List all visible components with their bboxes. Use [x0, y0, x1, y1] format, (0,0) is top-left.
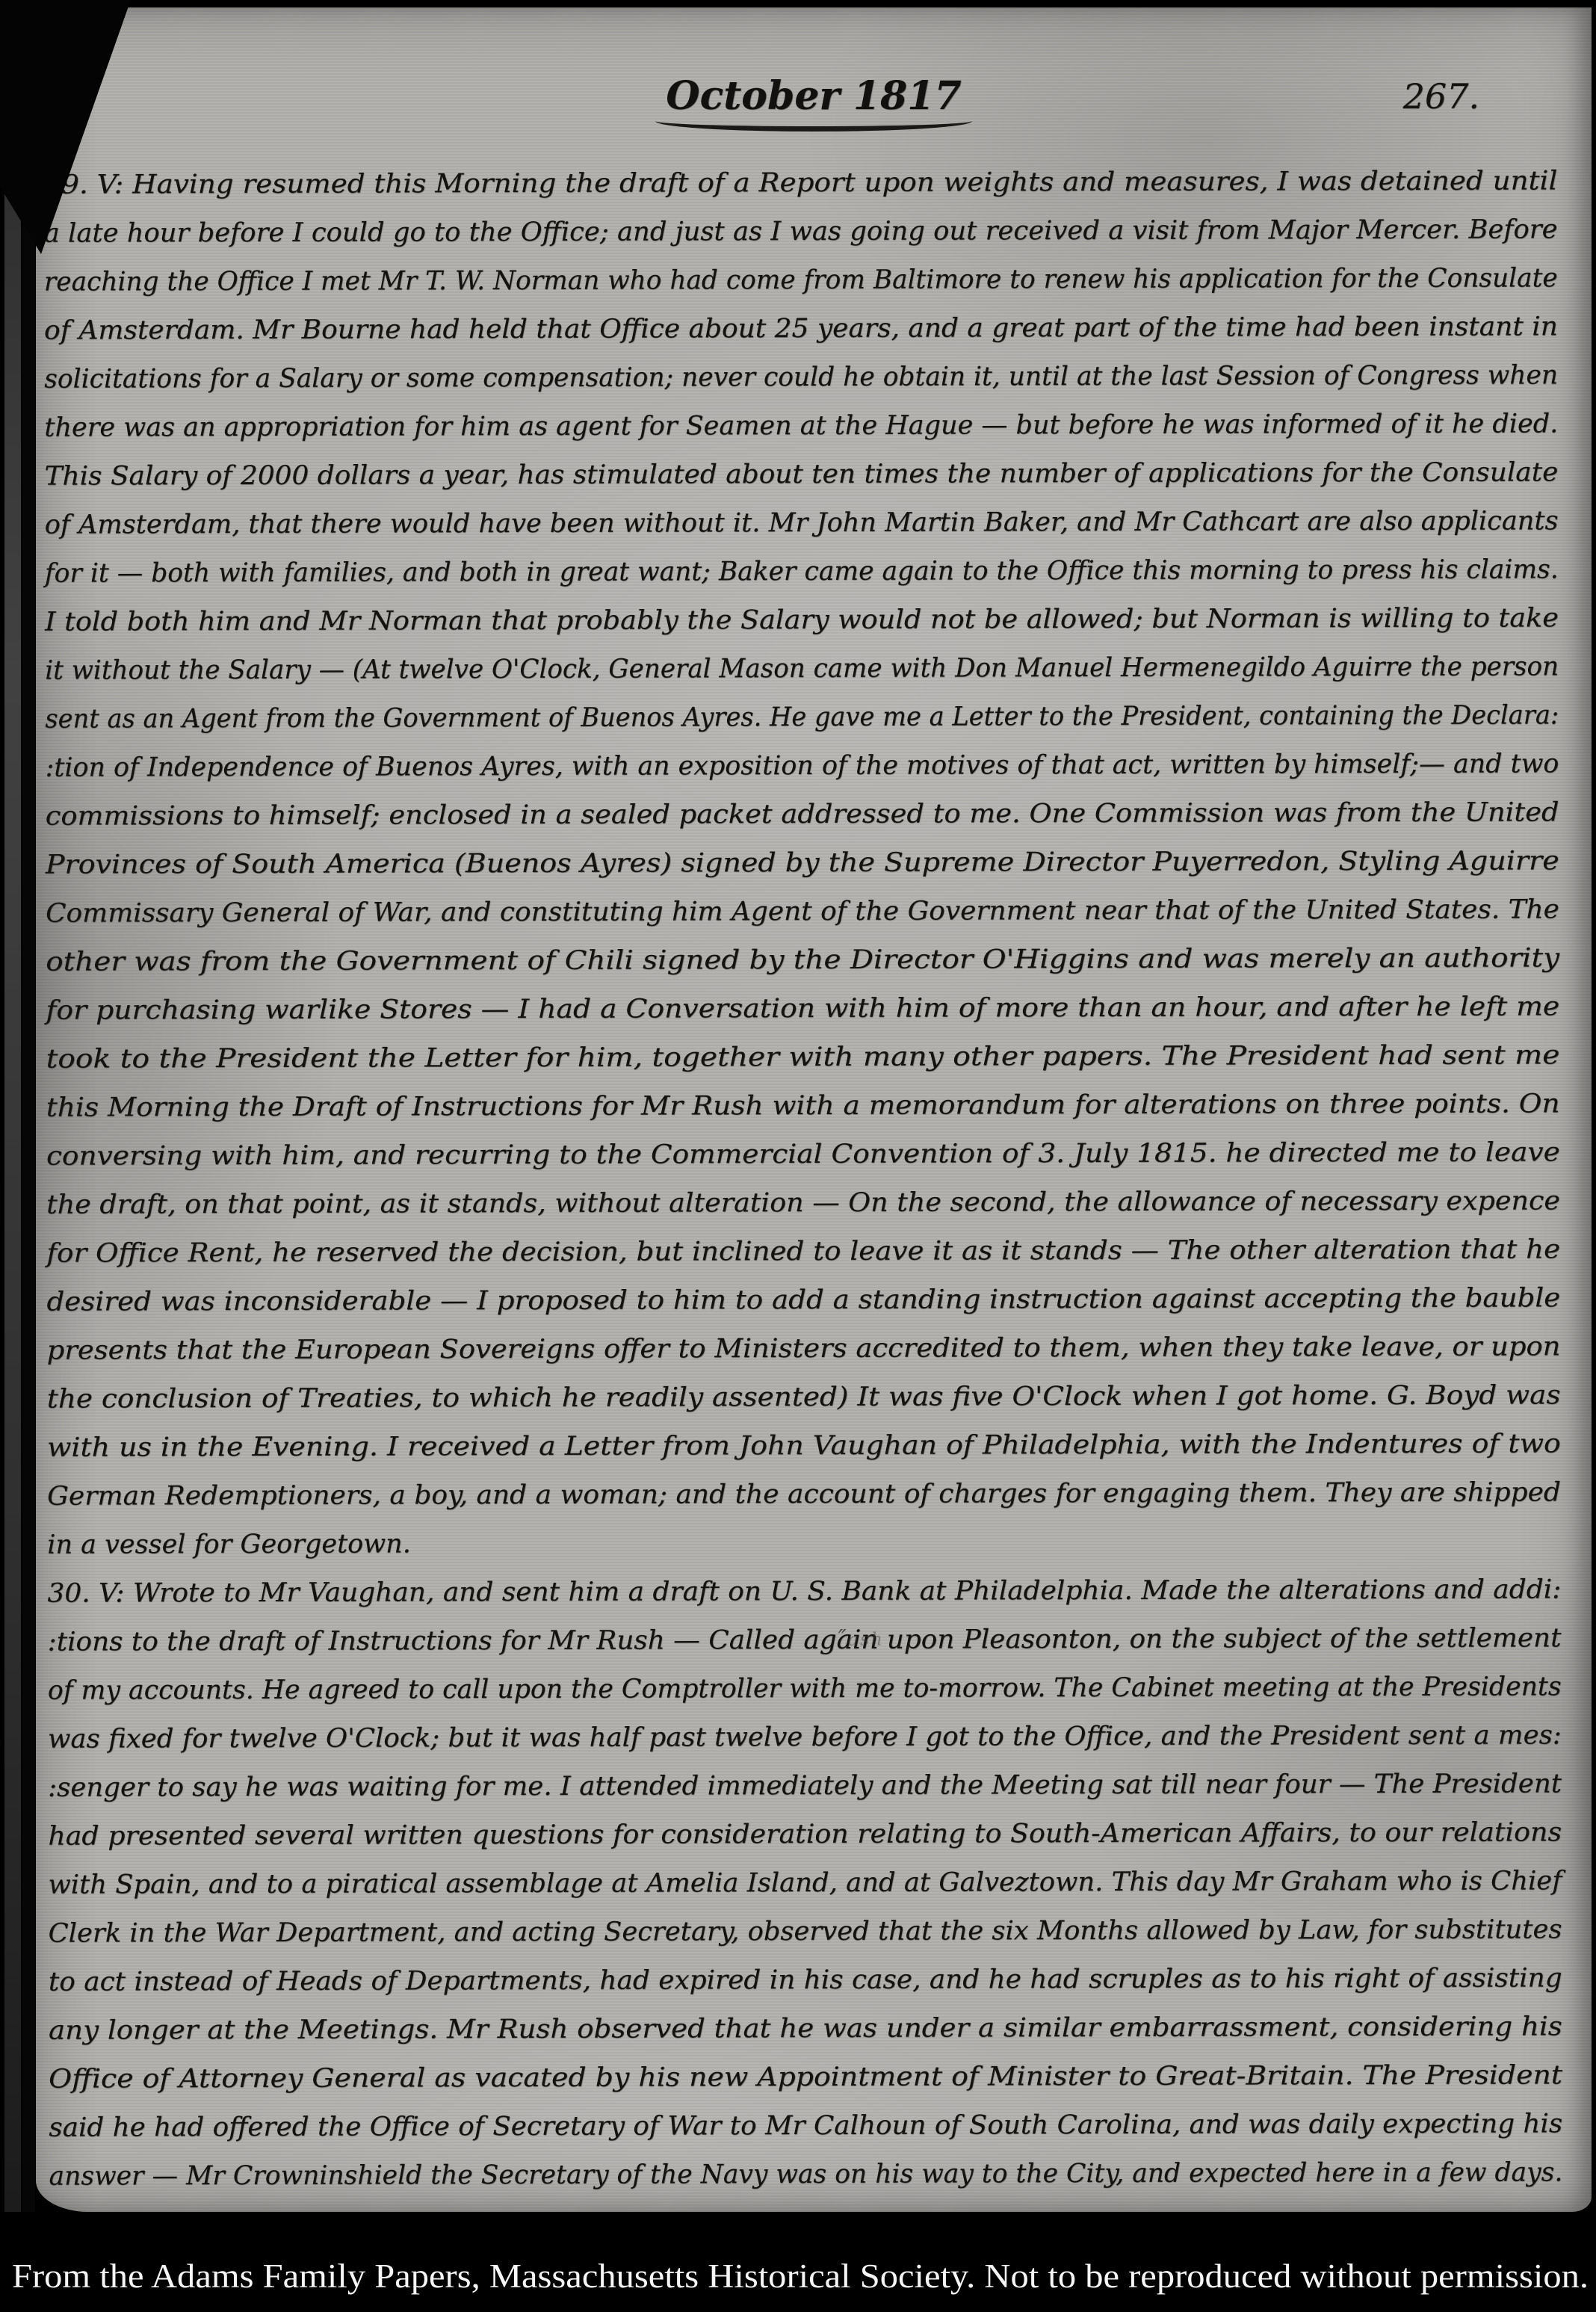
manuscript-line: other was from the Government of Chili s…: [46, 934, 1559, 986]
manuscript-line: for it — both with families, and both in…: [45, 545, 1559, 598]
manuscript-line: :senger to say he was waiting for me. I …: [48, 1760, 1562, 1812]
pencil-note: ash: [848, 1629, 884, 1650]
manuscript-line: Commissary General of War, and constitut…: [46, 885, 1559, 938]
manuscript-line: of my accounts. He agreed to call upon t…: [48, 1663, 1562, 1715]
month-year-heading: October 1817: [655, 73, 971, 132]
page-number: 267.: [1403, 76, 1479, 117]
manuscript-line: 29. V: Having resumed this Morning the d…: [43, 157, 1557, 209]
manuscript-line: there was an appropriation for him as ag…: [44, 400, 1558, 452]
manuscript-line: Provinces of South America (Buenos Ayres…: [46, 837, 1559, 889]
manuscript-text: 29. V: Having resumed this Morning the d…: [43, 157, 1562, 2201]
manuscript-line: Clerk in the War Department, and acting …: [49, 1905, 1562, 1958]
film-edge-sliver: [4, 0, 21, 2212]
manuscript-line: desired was inconsiderable — I proposed …: [46, 1274, 1560, 1326]
manuscript-line: with Spain, and to a piratical assemblag…: [48, 1857, 1562, 1909]
diary-entry-30: 30. V: Wrote to Mr Vaughan, and sent him…: [47, 1565, 1562, 2201]
manuscript-line: commissions to himself; enclosed in a se…: [46, 788, 1559, 841]
manuscript-line: with us in the Evening. I received a Let…: [47, 1420, 1561, 1472]
manuscript-line: for Office Rent, he reserved the decisio…: [46, 1225, 1560, 1278]
manuscript-line: :tion of Independence of Buenos Ayres, w…: [45, 740, 1559, 792]
manuscript-line: in a vessel for Georgetown.: [47, 1517, 1561, 1569]
manuscript-paper: October 1817 267. 29. V: Having resumed …: [36, 7, 1592, 2212]
manuscript-line: 30. V: Wrote to Mr Vaughan, and sent him…: [47, 1565, 1561, 1618]
manuscript-line: the conclusion of Treaties, to which he …: [47, 1371, 1561, 1424]
archive-caption: From the Adams Family Papers, Massachuse…: [12, 2254, 1589, 2299]
diary-entry-29: 29. V: Having resumed this Morning the d…: [43, 157, 1561, 1569]
manuscript-scan-page: { "page": { "header": { "month_year": "O…: [0, 0, 1596, 2312]
manuscript-line: took to the President the Letter for him…: [46, 1031, 1559, 1084]
manuscript-line: the draft, on that point, as it stands, …: [46, 1177, 1560, 1229]
manuscript-line: I told both him and Mr Norman that proba…: [45, 594, 1559, 646]
manuscript-line: any longer at the Meetings. Mr Rush obse…: [49, 2003, 1562, 2055]
manuscript-line: :tions to the draft of Instructions for …: [48, 1614, 1562, 1666]
manuscript-line: solicitations for a Salary or some compe…: [44, 351, 1558, 404]
caption-bar: From the Adams Family Papers, Massachuse…: [0, 2212, 1596, 2312]
manuscript-line: This Salary of 2000 dollars a year, has …: [44, 448, 1558, 501]
manuscript-line: to act instead of Heads of Departments, …: [49, 1954, 1562, 2006]
manuscript-line: German Redemptioners, a boy, and a woman…: [47, 1468, 1561, 1521]
manuscript-line: said he had offered the Office of Secret…: [49, 2100, 1562, 2152]
manuscript-line: a late hour before I could go to the Off…: [44, 205, 1558, 258]
manuscript-line: for purchasing warlike Stores — I had a …: [46, 983, 1559, 1035]
manuscript-line: answer — Mr Crowninshield the Secretary …: [49, 2148, 1562, 2201]
manuscript-line: this Morning the Draft of Instructions f…: [46, 1080, 1560, 1132]
manuscript-line: was fixed for twelve O'Clock; but it was…: [48, 1711, 1562, 1764]
insertion-mark: ″ash: [838, 1625, 884, 1651]
manuscript-line: of Amsterdam. Mr Bourne had held that Of…: [44, 303, 1558, 355]
manuscript-line: Office of Attorney General as vacated by…: [49, 2051, 1562, 2104]
manuscript-line: conversing with him, and recurring to th…: [46, 1128, 1560, 1181]
manuscript-line: it without the Salary — (At twelve O'Clo…: [45, 643, 1559, 695]
manuscript-line: reaching the Office I met Mr T. W. Norma…: [44, 254, 1558, 306]
manuscript-line: of Amsterdam, that there would have been…: [45, 497, 1559, 549]
page-header: October 1817: [36, 73, 1592, 132]
manuscript-line: had presented several written questions …: [48, 1808, 1562, 1861]
manuscript-line: sent as an Agent from the Government of …: [45, 691, 1559, 744]
film-edge-strip: [22, 0, 35, 2212]
archive-caption-text: From the Adams Family Papers, Massachuse…: [12, 2254, 1589, 2299]
manuscript-line: presents that the European Sovereigns of…: [47, 1323, 1561, 1375]
